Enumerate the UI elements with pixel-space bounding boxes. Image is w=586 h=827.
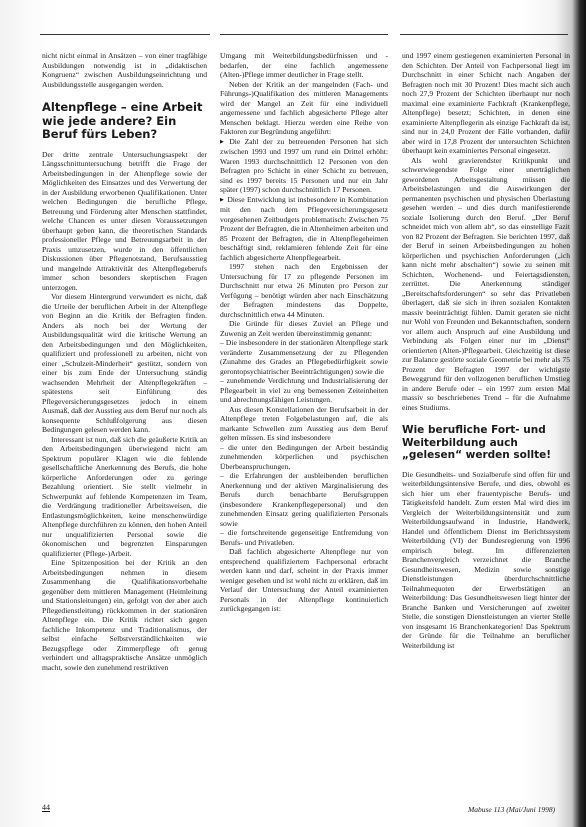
- body-paragraph: Die Gesundheits- und Sozialberufe sind o…: [402, 470, 570, 651]
- header-rule-right: [400, 34, 568, 35]
- header-rule-middle: [220, 34, 388, 35]
- body-paragraph: Neben der Kritik an der mangelnden (Fach…: [220, 80, 388, 137]
- body-paragraph: und 1997 einem gestiegenen examinierten …: [402, 51, 570, 156]
- scanned-magazine-page: nicht nicht einmal in Ansätzen – von ein…: [0, 0, 586, 827]
- dash-item: – zunehmende Verdichtung und Industriali…: [220, 376, 388, 405]
- header-rule-left: [40, 34, 210, 35]
- bullet-item: Diese Entwicklung ist insbesondere in Ko…: [220, 195, 388, 263]
- body-paragraph: Als wohl gravierendster Kritikpunkt und …: [402, 156, 570, 413]
- column-left: nicht nicht einmal in Ansätzen – von ein…: [42, 51, 207, 672]
- column-right: und 1997 einem gestiegenen examinierten …: [402, 51, 570, 650]
- section-heading-altenpflege: Altenpflege – eine Arbeit wie jede ander…: [42, 101, 207, 142]
- publication-footer: Mabuse 113 (Mai/Juni 1998): [468, 805, 555, 814]
- body-paragraph: Aus diesen Konstellationen der Berufsarb…: [220, 405, 388, 443]
- dash-item: – Die insbesondere in der stationären Al…: [220, 338, 388, 376]
- body-paragraph: Daß fachlich abgesicherte Altenpflege nu…: [220, 547, 388, 614]
- body-paragraph: Eine Spitzenposition bei der Kritik an d…: [42, 558, 207, 672]
- body-paragraph: Umgang mit Weiterbildungsbedürfnissen un…: [220, 51, 388, 80]
- body-paragraph: 1997 stehen nach den Ergebnissen der Unt…: [220, 262, 388, 319]
- body-paragraph: Vor diesem Hintergrund verwundert es nic…: [42, 292, 207, 435]
- body-paragraph: Der dritte zentrale Untersuchungsaspekt …: [42, 150, 207, 293]
- body-paragraph: Die Gründe für dieses Zuviel an Pflege u…: [220, 319, 388, 338]
- dash-item: – die fortschreitende gegenseitige Entfr…: [220, 528, 388, 547]
- column-middle: Umgang mit Weiterbildungsbedürfnissen un…: [220, 51, 388, 614]
- page-number: 44: [42, 803, 50, 812]
- intro-paragraph: nicht nicht einmal in Ansätzen – von ein…: [42, 51, 207, 89]
- dash-item: – die unter den Bedingungen der Arbeit b…: [220, 443, 388, 472]
- dash-item: – die Erfahrungen der ausbleibenden beru…: [220, 471, 388, 528]
- bullet-item: Die Zahl der zu betreuenden Personen hat…: [220, 137, 388, 195]
- body-paragraph: Interessant ist nun, daß sich die geäuße…: [42, 435, 207, 559]
- section-heading-weiterbildung: Wie berufliche Fort- und Weiterbildung a…: [402, 424, 570, 462]
